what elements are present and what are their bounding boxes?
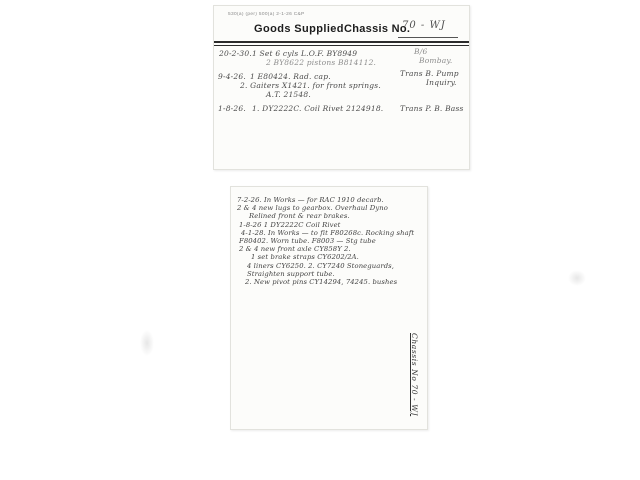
handwritten-notes-block: 7-2-26. In Works — for RAC 1910 decarb. … [237, 196, 423, 286]
entry-annotation: Inquiry. [426, 78, 457, 87]
entry-annotation: Trans P. B. Bass [400, 104, 464, 113]
service-notes-card: 7-2-26. In Works — for RAC 1910 decarb. … [230, 186, 428, 430]
handwritten-line: 2 & 4 new lugs to gearbox. Overhaul Dyno [237, 204, 423, 212]
handwritten-line: 4-1-28. In Works — to fit F80268c. Rocki… [241, 229, 423, 237]
handwritten-line: 7-2-26. In Works — for RAC 1910 decarb. [237, 196, 423, 204]
entry-date: 1-8-26. [218, 104, 246, 113]
goods-supplied-card: 530(a) (per) 500(a) 2-1-26 C&P Goods Sup… [213, 5, 470, 170]
handwritten-line: 4 liners CY6250. 2. CY7240 Stoneguards, [247, 262, 423, 270]
handwritten-line: 1 set brake straps CY6202/2A. [251, 253, 423, 261]
entry-line: 1. DY2222C. Coil Rivet 2124918. [252, 104, 383, 113]
chassis-number-label: Chassis No. [344, 23, 410, 35]
header-double-rule [214, 41, 469, 46]
entry-line: 2. Gaiters X1421. for front springs. [240, 81, 381, 90]
entry-line: 1 E80424. Rad. cap. [250, 72, 331, 81]
handwritten-line: F80402. Worn tube. F8003 — Stg tube [239, 237, 423, 245]
entry-line: 2 BY8622 pistons B814112. [266, 58, 376, 67]
handwritten-line: 1-8-26 1 DY2222C Coil Rivet [239, 221, 423, 229]
handwritten-line: Relined front & rear brakes. [249, 212, 423, 220]
form-title: Goods Supplied [254, 23, 344, 35]
scanned-document-page: 530(a) (per) 500(a) 2-1-26 C&P Goods Sup… [0, 0, 640, 480]
entry-line: A.T. 21548. [266, 90, 311, 99]
chassis-underline [398, 37, 458, 38]
form-code-small-print: 530(a) (per) 500(a) 2-1-26 C&P [228, 12, 305, 17]
scan-smudge [568, 270, 586, 286]
entry-date: 9-4-26. [218, 72, 246, 81]
handwritten-line: 2. New pivot pins CY14294, 74245. bushes [245, 278, 423, 286]
entry-line: 1 Set 6 cyls L.O.F. BY8949 [252, 49, 357, 58]
entry-annotation: B/6 [414, 47, 427, 56]
scan-smudge [140, 330, 154, 356]
entry-annotation: Trans B. Pump [400, 69, 459, 78]
handwritten-line: 2 & 4 new front axle CY858Y 2. [239, 245, 423, 253]
chassis-number-value: 70 - WJ [402, 20, 446, 31]
vertical-chassis-annotation: Chassis No 70 - WJ [408, 333, 419, 425]
entry-annotation: Bombay. [419, 56, 452, 65]
handwritten-line: Straighten support tube. [247, 270, 423, 278]
entry-date: 20-2-30. [219, 49, 252, 58]
